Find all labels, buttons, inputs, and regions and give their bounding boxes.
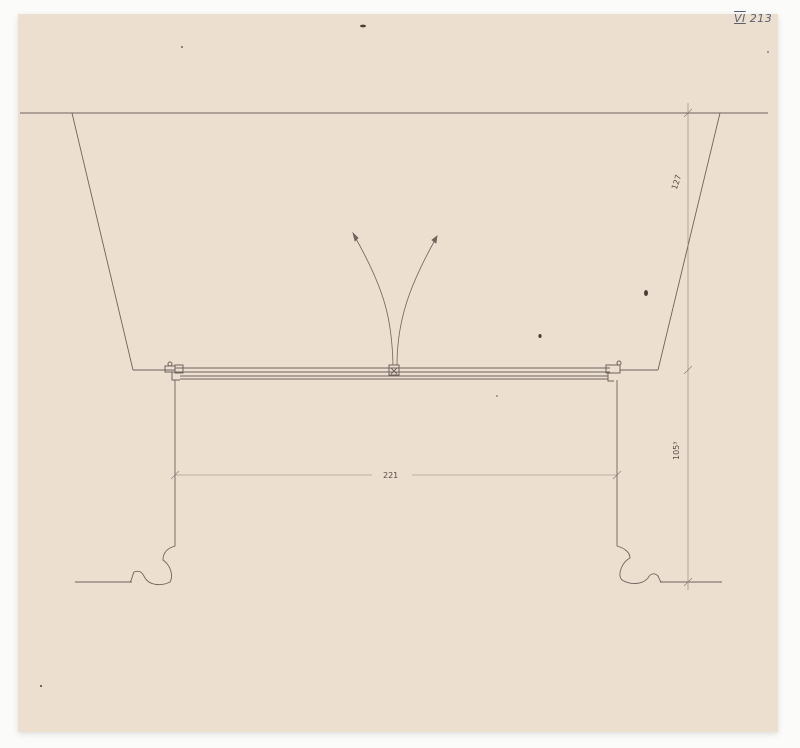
lower-height-dimension-label: 105³ (672, 442, 681, 460)
catalog-num: 213 (750, 12, 773, 25)
center-mullion-detail (389, 365, 399, 375)
base-moulding-left (130, 540, 175, 585)
left-hinge-detail (165, 362, 183, 380)
right-hinge-detail (606, 361, 621, 381)
base-moulding-right (617, 540, 662, 584)
paper-smudges (40, 25, 769, 687)
trapezoid-left-side (72, 113, 133, 370)
catalog-number: VI 213 (734, 12, 772, 25)
architectural-drawing (0, 0, 800, 748)
catalog-roman: VI (734, 12, 746, 25)
trapezoid-right-side (658, 113, 720, 370)
width-dimension-label: 221 (383, 471, 398, 480)
door-swing-arrows (353, 233, 437, 365)
